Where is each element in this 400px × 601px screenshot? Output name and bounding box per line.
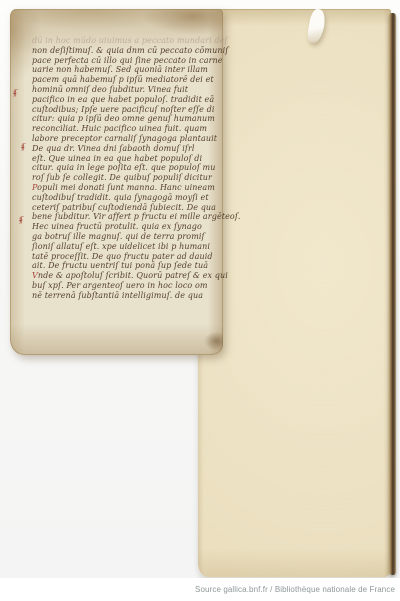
- scan-background: dū in hoc mūdo uiuimus a peccato mundari…: [0, 0, 400, 601]
- manuscript-line: Vnde & apoſtoluſ ſcribit. Quorū patreſ &…: [32, 271, 210, 281]
- manuscript-leaf: dū in hoc mūdo uiuimus a peccato mundari…: [10, 9, 223, 355]
- source-credit-text: Source gallica.bnf.fr / Bibliothèque nat…: [195, 585, 400, 594]
- rubricated-initial: V: [32, 271, 38, 280]
- manuscript-line: non deſiſtimuſ. & quia dnm cū peccato cō…: [32, 46, 210, 56]
- manuscript-line: De qua dr. Vinea dni ſabaoth domuſ iſrl: [32, 144, 210, 154]
- manuscript-line: roſ ſub ſe collegit. De quibuſ populiſ d…: [32, 173, 210, 183]
- manuscript-line: Hec uinea fructū protulit. quia ex ſynag…: [32, 222, 210, 232]
- blank-page: [198, 9, 391, 577]
- manuscript-line: hominū omniſ deo ſubditur. Vinea fuit: [32, 85, 210, 95]
- manuscript-line: eſt. Que uinea in ea que habet populoſ d…: [32, 154, 210, 164]
- manuscript-line: bene ſubditur. Vir affert p fructu ei mi…: [32, 212, 210, 222]
- manuscript-line: tatē proceſſit. De quo fructu pater ad d…: [32, 252, 210, 262]
- manuscript-line: ceteriſ patribuſ cuſtodiendā ſubiecit. D…: [32, 203, 210, 213]
- manuscript-line: dū in hoc mūdo uiuimus a peccato mundari…: [32, 36, 210, 46]
- rubric-margin-mark: ſſ: [12, 89, 17, 97]
- manuscript-line: pace perfecta cū illo qui ſine peccato i…: [32, 56, 210, 66]
- book-binding-edge: [389, 13, 396, 575]
- manuscript-line: buſ xpſ. Per argenteoſ uero in hoc loco …: [32, 281, 210, 291]
- rubricated-initial: P: [32, 183, 37, 192]
- manuscript-line: citur: quia p ipſū deo omne genuſ humanu…: [32, 114, 210, 124]
- rubric-margin-mark: ſſ: [18, 216, 23, 224]
- credit-bar: Source gallica.bnf.fr / Bibliothèque nat…: [0, 578, 400, 601]
- manuscript-line: citur. quia in lege poſita eſt. que popu…: [32, 163, 210, 173]
- manuscript-line: ga botruſ ille magnuſ. qui de terra prom…: [32, 232, 210, 242]
- manuscript-line: cuſtodibus; Ipſe uere pacificuſ noſter e…: [32, 105, 210, 115]
- manuscript-text-block: dū in hoc mūdo uiuimus a peccato mundari…: [32, 36, 210, 301]
- manuscript-line: Populi mei donati ſunt manna. Hanc uinea…: [32, 183, 210, 193]
- manuscript-line: ſioniſ allatuſ eſt. xpe uidelicet ibi p …: [32, 242, 210, 252]
- manuscript-line: pacifico in ea que habet populoſ. tradid…: [32, 95, 210, 105]
- manuscript-line: cuſtodibuſ tradidit. quia ſynagogā moyſi…: [32, 193, 210, 203]
- rubric-margin-mark: ſſ: [20, 143, 25, 151]
- manuscript-line: pacem quā habemuſ p ipſū mediatorē dei e…: [32, 75, 210, 85]
- manuscript-line: ait. De fructu uentriſ tui ponā ſup ſede…: [32, 261, 210, 271]
- manuscript-line: labore preceptor carnaliſ ſynagoga plant…: [32, 134, 210, 144]
- manuscript-line: reconciliat. Huic pacifico uinea fuit. q…: [32, 124, 210, 134]
- manuscript-line: uarie non habemuſ. Sed quoniā inter illa…: [32, 65, 210, 75]
- manuscript-line: nē terrenā ſubſtantiā intelligimuſ. de q…: [32, 291, 210, 301]
